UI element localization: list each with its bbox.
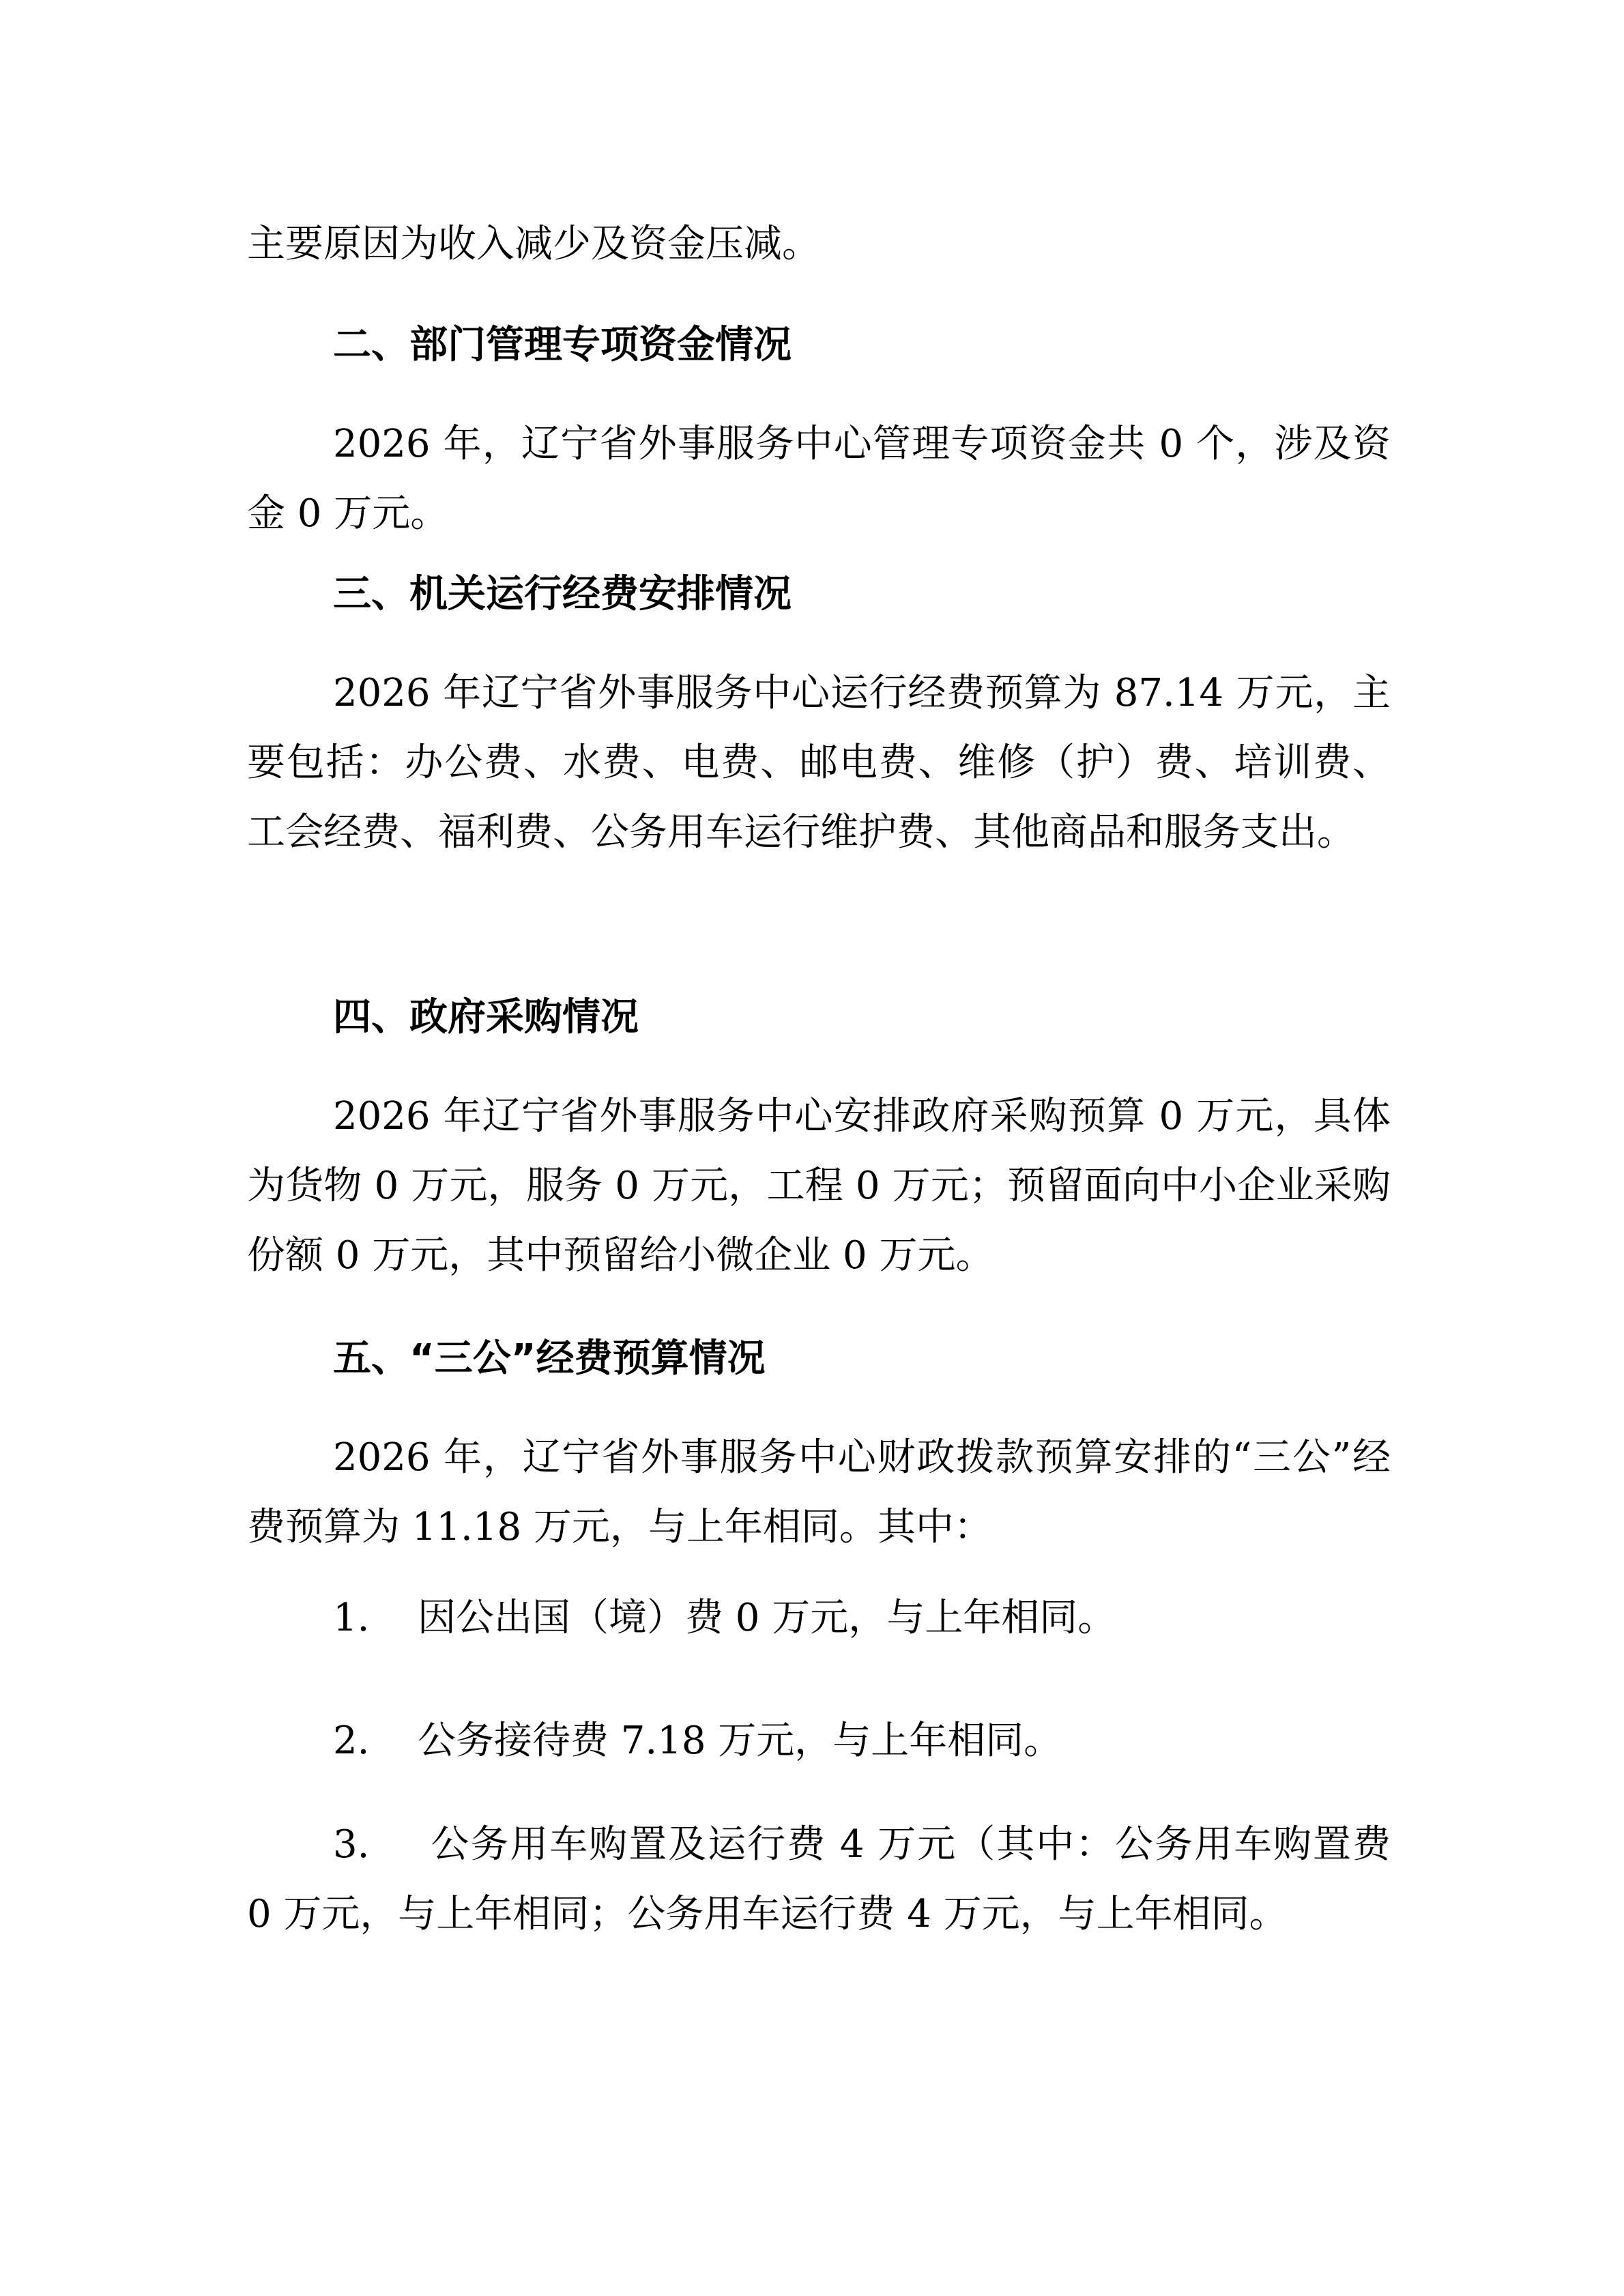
- section-heading-three-public: 五、“三公”经费预算情况: [247, 1324, 1477, 1394]
- paragraph-procurement: 2026 年辽宁省外事服务中心安排政府采购预算 0 万元，具体为货物 0 万元，…: [247, 1082, 1391, 1291]
- list-item-number: 3.: [333, 1822, 369, 1867]
- paragraph-operating-expenses: 2026 年辽宁省外事服务中心运行经费预算为 87.14 万元，主要包括：办公费…: [247, 659, 1391, 867]
- list-item-reception: 2.公务接待费 7.18 万元，与上年相同。: [247, 1706, 1477, 1776]
- list-item-text: 因公出国（境）费 0 万元，与上年相同。: [418, 1596, 1116, 1640]
- paragraph-special-funds: 2026 年，辽宁省外事服务中心管理专项资金共 0 个，涉及资金 0 万元。: [247, 410, 1391, 549]
- section-heading-operating-expenses: 三、机关运行经费安排情况: [247, 560, 1477, 629]
- list-item-number: 2.: [333, 1706, 418, 1776]
- section-heading-special-funds: 二、部门管理专项资金情况: [247, 311, 1477, 380]
- paragraph-three-public: 2026 年，辽宁省外事服务中心财政拨款预算安排的“三公”经费预算为 11.18…: [247, 1423, 1391, 1562]
- section-heading-procurement: 四、政府采购情况: [247, 983, 1477, 1052]
- list-item-text: 公务用车购置及运行费 4 万元（其中：公务用车购置费 0 万元，与上年相同；公务…: [247, 1822, 1391, 1936]
- lead-line: 主要原因为收入减少及资金压减。: [247, 210, 1391, 279]
- document-page: 主要原因为收入减少及资金压减。 二、部门管理专项资金情况 2026 年，辽宁省外…: [0, 0, 1624, 2296]
- list-item-overseas-travel: 1.因公出国（境）费 0 万元，与上年相同。: [247, 1583, 1477, 1653]
- list-item-vehicles: 3. 公务用车购置及运行费 4 万元（其中：公务用车购置费 0 万元，与上年相同…: [247, 1810, 1391, 1949]
- list-item-number: 1.: [333, 1583, 418, 1653]
- list-item-text: 公务接待费 7.18 万元，与上年相同。: [418, 1719, 1062, 1763]
